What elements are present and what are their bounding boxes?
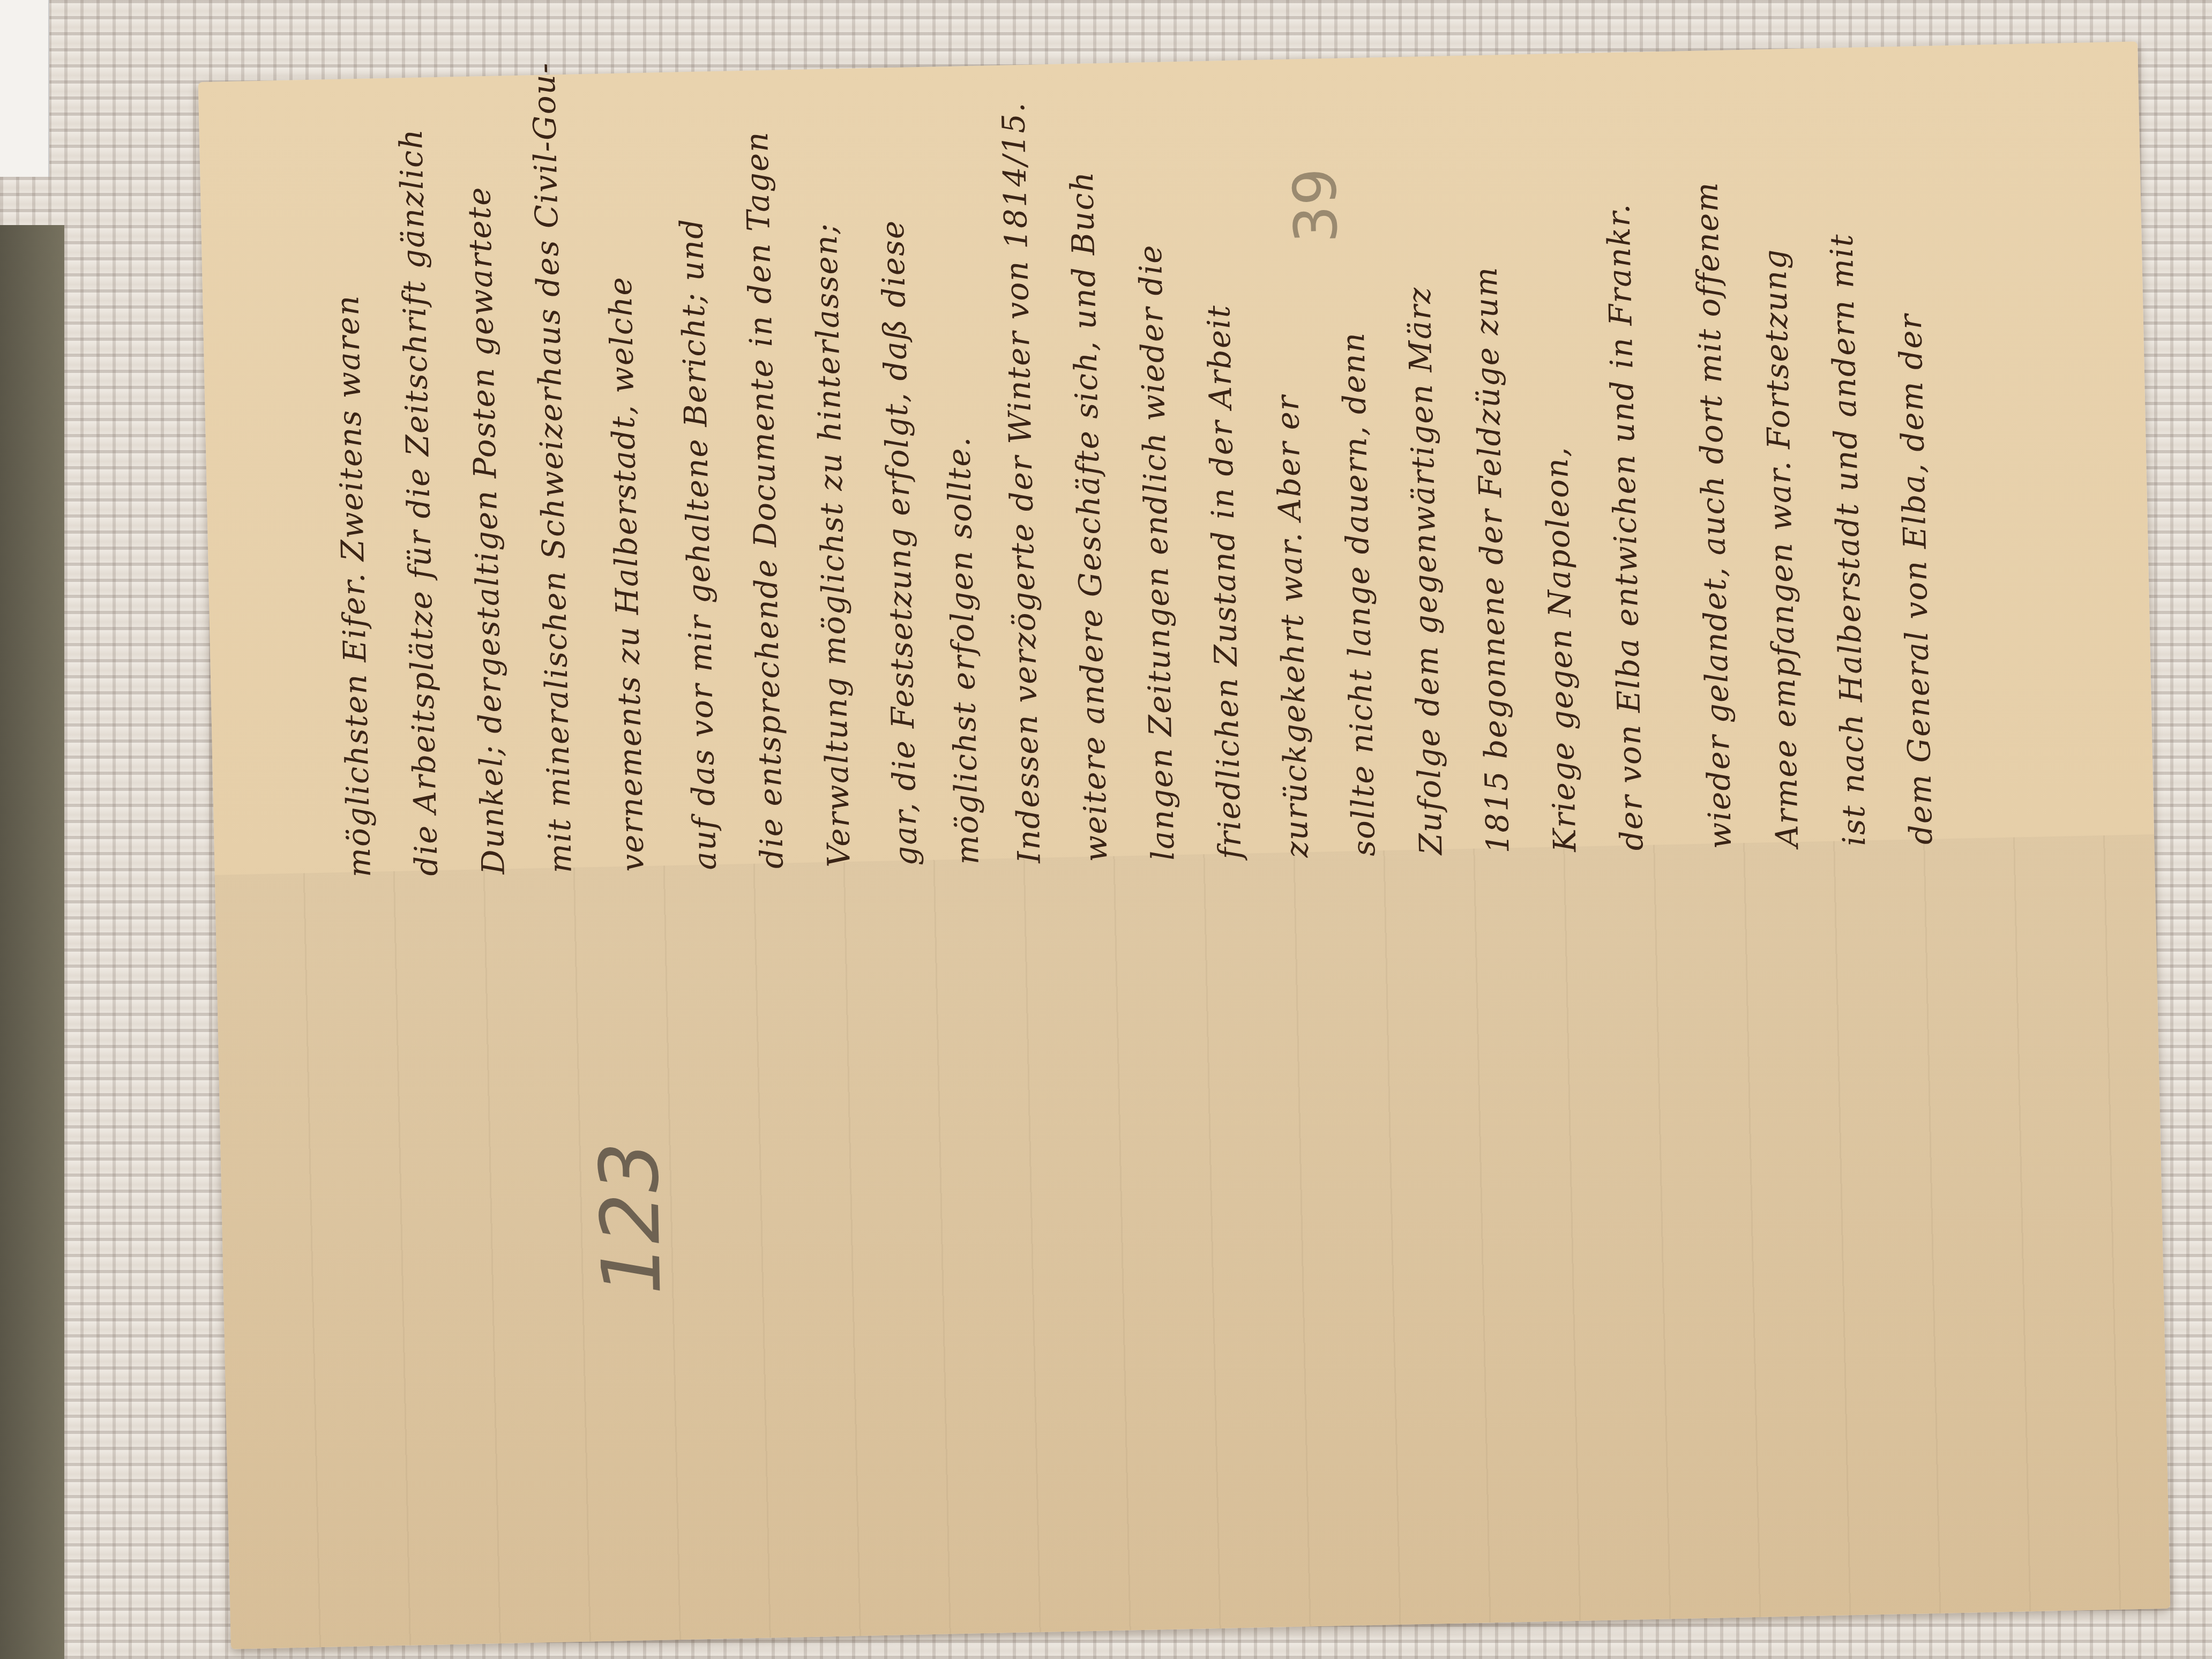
text-line: 1815 begonnene der Feldzüge zum	[1461, 103, 1519, 854]
text-line: sollte nicht lange dauern, denn	[1327, 106, 1385, 856]
text-line: vernements zu Halberstadt, welche	[595, 121, 654, 872]
text-line: friedlichen Zustand in der Arbeit	[1193, 109, 1251, 860]
text-line: zurückgekehrt war. Aber er	[1260, 107, 1318, 858]
text-line: Zufolge dem gegenwärtigen März	[1394, 104, 1452, 855]
text-line: der von Elba entwichen und in Frankr.	[1595, 100, 1653, 851]
paper-scrap	[0, 0, 49, 177]
text-line: die entsprechende Documente in den Tagen	[735, 118, 793, 869]
text-line: die Arbeitsplätze für die Zeitschrift gä…	[390, 125, 448, 876]
handwritten-lines: möglichsten Eifer. Zweitens waren die Ar…	[317, 81, 2047, 878]
faint-ruling	[215, 834, 2170, 1649]
text-line: Kriege gegen Napoleon,	[1528, 102, 1586, 853]
text-line: Dunkel; dergestaltigen Posten gewartete	[457, 124, 515, 875]
text-line: weitere andere Geschäfte sich, und Buch	[1059, 111, 1117, 862]
text-line: wieder gelandet, auch dort mit offenem	[1683, 99, 1742, 849]
text-line: Armee empfangen war. Fortsetzung	[1750, 97, 1809, 848]
text-line: mit mineralischen Schweizerhaus des Civi…	[524, 123, 582, 873]
text-line: möglichst erfolgen sollte.	[930, 114, 989, 865]
table-edge	[0, 225, 64, 1659]
text-line: ist nach Halberstadt und andern mit	[1817, 95, 1875, 846]
text-line: auf das vor mir gehaltene Bericht; und	[668, 119, 726, 870]
manuscript-page: 39 123 Zeugt möglichsten Eifer. Zweitens…	[198, 41, 2170, 1649]
text-line: möglichsten Eifer. Zweitens waren	[323, 127, 381, 878]
text-line: langen Zeitungen endlich wieder die	[1126, 110, 1184, 861]
text-line: dem General von Elba, dem der	[1884, 94, 1942, 845]
text-line: Indessen verzögerte der Winter von 1814/…	[992, 113, 1050, 864]
text-line: gar, die Festsetzung erfolgt, daß diese	[869, 115, 927, 866]
text-line: Verwaltung möglichst zu hinterlassen;	[802, 117, 860, 868]
pencil-annotation: 123	[583, 1141, 679, 1296]
